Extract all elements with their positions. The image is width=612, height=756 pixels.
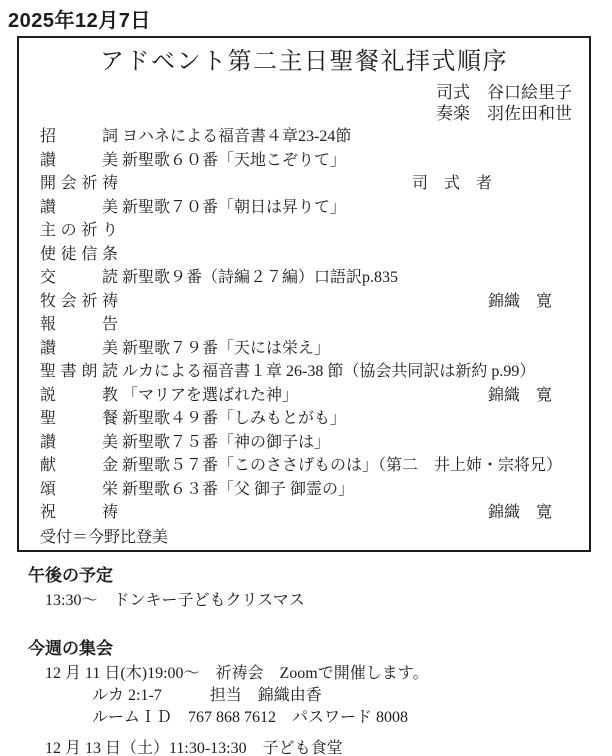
program-item-right: 錦織 寛 bbox=[488, 384, 552, 408]
credit-officiant: 司式 谷口絵里子 bbox=[19, 82, 572, 103]
program-row: 聖書朗読ルカによる福音書１章 26-38 節（協会共同訳は新約 p.99） bbox=[19, 360, 589, 384]
program-item-label: 説教 bbox=[40, 384, 118, 408]
schedule-line: 12 月 13 日（土）11:30-13:30 子ども食堂 bbox=[45, 738, 612, 756]
afternoon-lines: 13:30～ ドンキー子どもクリスマス bbox=[0, 590, 612, 612]
program-rows: 招詞ヨハネによる福音書４章23-24節讃美新聖歌６０番「天地こぞりて」開会祈祷司… bbox=[19, 125, 589, 525]
schedule-line: ルームＩＤ 767 868 7612 パスワード 8008 bbox=[92, 707, 612, 729]
program-row: 讃美新聖歌７５番「神の御子は」 bbox=[19, 431, 589, 455]
program-item-label: 献金 bbox=[40, 454, 118, 478]
program-item-label: 讃美 bbox=[40, 431, 118, 455]
program-item-label: 祝祷 bbox=[40, 501, 118, 525]
program-item-label: 報告 bbox=[40, 313, 118, 337]
program-item-label: 使徒信条 bbox=[40, 243, 118, 267]
program-item-content: ルカによる福音書１章 26-38 節（協会共同訳は新約 p.99） bbox=[122, 363, 535, 380]
date-header: 2025年12月7日 bbox=[8, 4, 151, 33]
week-lines: 12 月 11 日(木)19:00～ 祈祷会 Zoomで開催します。ルカ 2:1… bbox=[0, 663, 612, 756]
program-item-right: 錦織 寛 bbox=[488, 290, 552, 314]
credit-organist-name: 羽佐田和世 bbox=[487, 104, 572, 123]
program-item-label: 招詞 bbox=[40, 125, 118, 149]
program-row: 讃美新聖歌６０番「天地こぞりて」 bbox=[19, 149, 589, 173]
week-heading: 今週の集会 bbox=[28, 639, 612, 659]
program-item-content: ヨハネによる福音書４章23-24節 bbox=[122, 128, 351, 145]
program-row: 交読新聖歌９番（詩編２７編）口語訳p.835 bbox=[19, 266, 589, 290]
program-item-content: 新聖歌７５番「神の御子は」 bbox=[122, 434, 330, 451]
program-row: 讃美新聖歌７０番「朝日は昇りて」 bbox=[19, 196, 589, 220]
credit-organist: 奏楽 羽佐田和世 bbox=[19, 103, 572, 124]
schedule-line: ルカ 2:1-7 担当 錦織由香 bbox=[92, 685, 612, 707]
program-item-label: 聖餐 bbox=[40, 407, 118, 431]
program-item-content: 新聖歌９番（詩編２７編）口語訳p.835 bbox=[122, 269, 398, 286]
bottom-section: 午後の予定 13:30～ ドンキー子どもクリスマス 今週の集会 12 月 11 … bbox=[0, 560, 612, 756]
program-row: 主の祈り bbox=[19, 219, 589, 243]
program-row: 報告 bbox=[19, 313, 589, 337]
program-row: 献金新聖歌５７番「このささげものは」（第二 井上姉・宗将兄） bbox=[19, 454, 589, 478]
program-row: 祝祷錦織 寛 bbox=[19, 501, 589, 525]
program-credits: 司式 谷口絵里子 奏楽 羽佐田和世 bbox=[19, 82, 589, 124]
credit-organist-role: 奏楽 bbox=[436, 104, 470, 123]
program-row: 聖餐新聖歌４９番「しみもとがも」 bbox=[19, 407, 589, 431]
program-item-label: 頌栄 bbox=[40, 478, 118, 502]
program-item-label: 牧会祈祷 bbox=[40, 290, 118, 314]
program-item-label: 開会祈祷 bbox=[40, 172, 118, 196]
bulletin-page: 2025年12月7日 アドベント第二主日聖餐礼拝式順序 司式 谷口絵里子 奏楽 … bbox=[0, 0, 612, 756]
program-item-label: 主の祈り bbox=[40, 219, 118, 243]
credit-officiant-name: 谷口絵里子 bbox=[487, 83, 572, 102]
program-item-label: 交読 bbox=[40, 266, 118, 290]
program-row: 讃美新聖歌７９番「天には栄え」 bbox=[19, 337, 589, 361]
program-item-label: 讃美 bbox=[40, 196, 118, 220]
program-item-content: 新聖歌６３番「父 御子 御霊の」 bbox=[122, 481, 354, 498]
program-row: 頌栄新聖歌６３番「父 御子 御霊の」 bbox=[19, 478, 589, 502]
program-row: 使徒信条 bbox=[19, 243, 589, 267]
program-title: アドベント第二主日聖餐礼拝式順序 bbox=[19, 47, 589, 77]
program-row: 開会祈祷司 式 者 bbox=[19, 172, 589, 196]
program-row: 説教「マリアを選ばれた神」錦織 寛 bbox=[19, 384, 589, 408]
program-item-content: 新聖歌４９番「しみもとがも」 bbox=[122, 410, 346, 427]
program-row: 牧会祈祷錦織 寛 bbox=[19, 290, 589, 314]
program-item-content: 新聖歌７０番「朝日は昇りて」 bbox=[122, 199, 346, 216]
program-row: 招詞ヨハネによる福音書４章23-24節 bbox=[19, 125, 589, 149]
program-item-content: 「マリアを選ばれた神」 bbox=[122, 387, 298, 404]
program-item-content: 新聖歌５７番「このささげものは」（第二 井上姉・宗将兄） bbox=[122, 457, 562, 474]
program-box: アドベント第二主日聖餐礼拝式順序 司式 谷口絵里子 奏楽 羽佐田和世 招詞ヨハネ… bbox=[17, 36, 591, 552]
program-item-content: 新聖歌７９番「天には栄え」 bbox=[122, 340, 330, 357]
program-item-right: 錦織 寛 bbox=[488, 501, 552, 525]
program-item-content: 新聖歌６０番「天地こぞりて」 bbox=[122, 152, 346, 169]
program-item-label: 讃美 bbox=[40, 149, 118, 173]
program-item-right: 司 式 者 bbox=[412, 172, 492, 196]
afternoon-heading: 午後の予定 bbox=[28, 566, 612, 586]
schedule-line: 13:30～ ドンキー子どもクリスマス bbox=[45, 590, 612, 612]
reception-line: 受付＝今野比登美 bbox=[19, 527, 589, 549]
program-item-label: 聖書朗読 bbox=[40, 360, 118, 384]
program-item-label: 讃美 bbox=[40, 337, 118, 361]
schedule-line: 12 月 11 日(木)19:00～ 祈祷会 Zoomで開催します。 bbox=[45, 663, 612, 685]
credit-officiant-role: 司式 bbox=[436, 83, 470, 102]
